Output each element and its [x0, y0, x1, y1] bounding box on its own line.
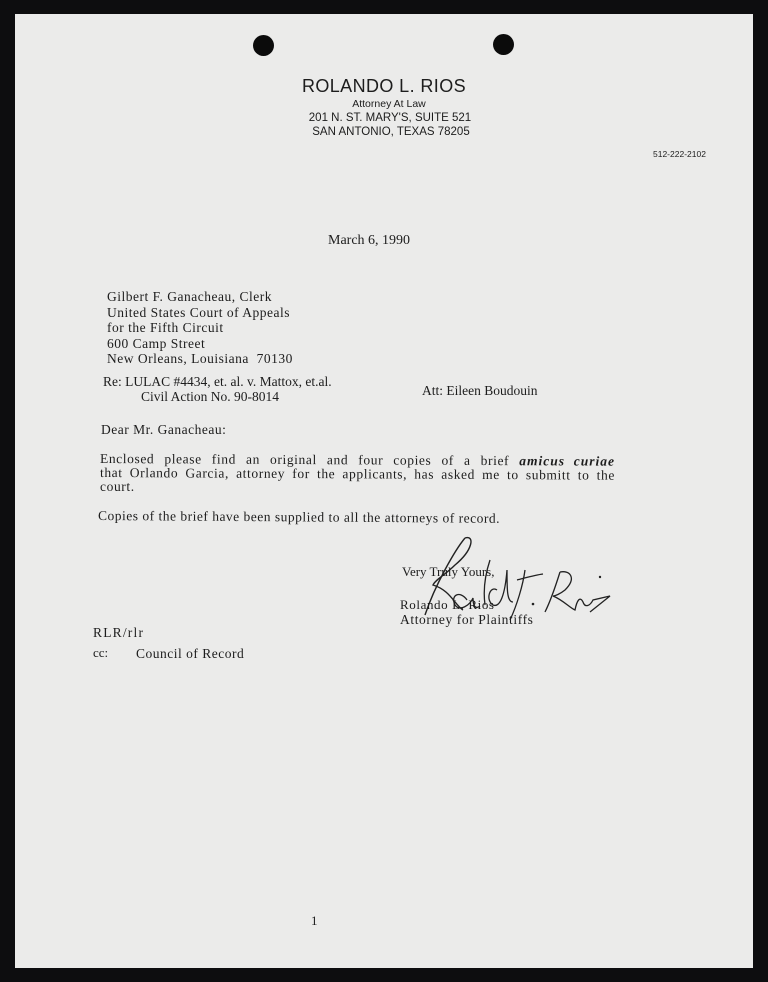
word: has	[414, 468, 434, 482]
word: the	[597, 469, 615, 483]
signer-title: Attorney for Plaintiffs	[400, 612, 534, 628]
letterhead-title: Attorney At Law	[0, 98, 768, 110]
letter-date: March 6, 1990	[328, 233, 410, 249]
cc-label: cc:	[93, 645, 108, 661]
word: to	[578, 469, 590, 483]
cc-value: Council of Record	[136, 646, 244, 662]
word: an	[246, 453, 260, 467]
word: the	[317, 467, 335, 481]
word: Orlando	[130, 466, 179, 480]
reference-line1: Re: LULAC #4434, et. al. v. Mattox, et.a…	[103, 374, 332, 390]
body-paragraph-1: Enclosedpleasefindanoriginalandfourcopie…	[100, 452, 620, 494]
word: me	[482, 468, 500, 482]
word: a	[464, 454, 471, 468]
word: and	[327, 453, 348, 467]
recipient-line: for the Fifth Circuit	[107, 320, 293, 336]
word: find	[212, 453, 236, 467]
recipient-line: Gilbert F. Ganacheau, Clerk	[107, 289, 293, 305]
punch-hole-right	[493, 34, 514, 55]
word: Garcia,	[185, 466, 229, 480]
letterhead-address-line2: SAN ANTONIO, TEXAS 78205	[0, 126, 768, 138]
word: that	[100, 466, 123, 480]
attention-line: Att: Eileen Boudouin	[422, 383, 538, 399]
typist-initials: RLR/rlr	[93, 625, 144, 641]
letterhead-name: ROLANDO L. RIOS	[0, 76, 768, 97]
punch-hole-left	[253, 35, 274, 56]
salutation: Dear Mr. Ganacheau:	[101, 422, 226, 438]
page-number: 1	[311, 913, 318, 929]
body-paragraph-1-line2: thatOrlandoGarcia,attorneyfortheapplican…	[100, 466, 615, 483]
signer-name: Rolando L. Rios	[400, 597, 495, 613]
word: attorney	[236, 467, 285, 481]
word: applicants,	[342, 467, 407, 481]
word: for	[292, 467, 310, 481]
recipient-line: United States Court of Appeals	[107, 305, 293, 321]
reference-line2: Civil Action No. 90-8014	[141, 389, 279, 405]
body-paragraph-2: Copies of the brief have been supplied t…	[98, 508, 500, 527]
word: asked	[441, 468, 475, 482]
word: to	[507, 468, 519, 482]
word: four	[358, 453, 383, 467]
closing-valediction: Very Truly Yours,	[402, 564, 494, 580]
recipient-address: Gilbert F. Ganacheau, Clerk United State…	[107, 289, 293, 367]
word: of	[441, 454, 454, 468]
recipient-line: New Orleans, Louisiana 70130	[107, 351, 293, 367]
recipient-line: 600 Camp Street	[107, 336, 293, 352]
letterhead-phone: 512-222-2102	[653, 149, 706, 159]
letterhead-address-line1: 201 N. ST. MARY'S, SUITE 521	[0, 112, 768, 124]
word: submitt	[526, 468, 571, 482]
